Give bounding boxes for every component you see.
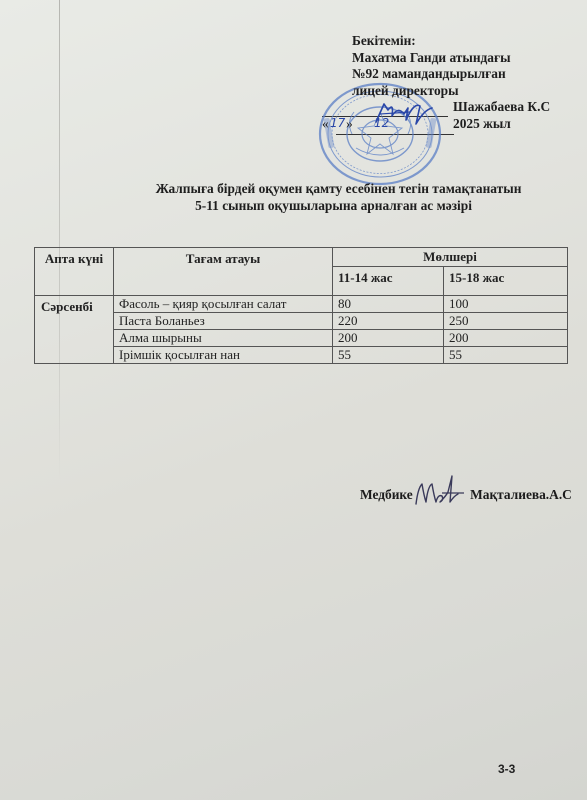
dish-name: Ірімшік қосылған нан	[114, 347, 333, 364]
portion-15-18: 200	[444, 330, 568, 347]
date-close-quote: »	[346, 116, 353, 133]
table-row: Паста Боланьез 220 250	[35, 313, 568, 330]
approval-institution-line-2: №92 мамандандырылған	[352, 66, 567, 83]
header-week-day: Апта күні	[35, 248, 114, 296]
approval-heading: Бекітемін:	[352, 33, 567, 50]
header-quantity: Мөлшері	[333, 248, 568, 267]
document-title-line-1: Жалпыға бірдей оқумен қамту есебінен тег…	[0, 180, 587, 197]
dish-name: Паста Боланьез	[114, 313, 333, 330]
director-signature	[370, 96, 440, 128]
header-dish-name: Тағам атауы	[114, 248, 333, 296]
nurse-signature-line: Медбике Мақталиева.А.С	[360, 487, 572, 503]
page-number: 3-3	[498, 762, 515, 776]
portion-11-14: 80	[333, 296, 444, 313]
portion-11-14: 220	[333, 313, 444, 330]
nurse-name: Мақталиева.А.С	[470, 487, 572, 503]
week-day-cell: Сәрсенбі	[35, 296, 114, 364]
portion-15-18: 100	[444, 296, 568, 313]
table-row: Ірімшік қосылған нан 55 55	[35, 347, 568, 364]
approval-institution-line-1: Махатма Ганди атындағы	[352, 50, 567, 67]
table-header-row: Апта күні Тағам атауы Мөлшері	[35, 248, 568, 267]
date-day-handwritten: 17	[330, 115, 345, 132]
date-open-quote: «	[322, 116, 329, 133]
table-row: Сәрсенбі Фасоль – қияр қосылған салат 80…	[35, 296, 568, 313]
header-age-11-14: 11-14 жас	[333, 267, 444, 296]
document-title-line-2: 5-11 сынып оқушыларына арналған ас мәзір…	[0, 197, 587, 214]
nurse-signature	[412, 472, 464, 508]
dish-name: Алма шырыны	[114, 330, 333, 347]
table-row: Алма шырыны 200 200	[35, 330, 568, 347]
paper-fold-line	[59, 0, 60, 480]
nurse-role: Медбике	[360, 487, 413, 503]
portion-11-14: 200	[333, 330, 444, 347]
header-age-15-18: 15-18 жас	[444, 267, 568, 296]
portion-11-14: 55	[333, 347, 444, 364]
document-title: Жалпыға бірдей оқумен қамту есебінен тег…	[0, 180, 587, 214]
dish-name: Фасоль – қияр қосылған салат	[114, 296, 333, 313]
menu-table: Апта күні Тағам атауы Мөлшері 11-14 жас …	[34, 247, 568, 364]
portion-15-18: 55	[444, 347, 568, 364]
portion-15-18: 250	[444, 313, 568, 330]
